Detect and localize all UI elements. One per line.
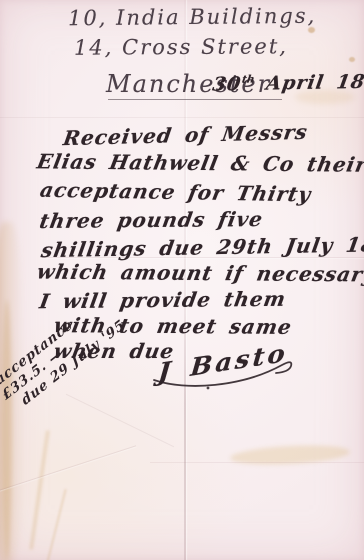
horizontal-crease bbox=[0, 117, 364, 118]
ink-showthrough-smudge bbox=[230, 443, 351, 467]
printed-date-rule bbox=[108, 99, 282, 100]
signature-flourish bbox=[150, 352, 306, 394]
handwritten-line-5: shillings due 29th July 1895 bbox=[40, 232, 364, 262]
handwritten-line-6: which amount if necessary bbox=[35, 260, 364, 287]
handwritten-line-2: Elias Hathwell & Co their bbox=[35, 149, 364, 176]
stain-streak bbox=[45, 489, 66, 560]
handwritten-date: 30th April 1895 bbox=[211, 70, 364, 95]
handwritten-line-4: three pounds five bbox=[38, 207, 265, 233]
letter-sheet: 10, India Buildings, 14, Cross Street, M… bbox=[0, 0, 364, 560]
water-stain-left-core bbox=[2, 300, 12, 560]
wrinkle-line bbox=[0, 445, 136, 495]
date-month-year: April 1895 bbox=[265, 70, 364, 94]
stain-dot-right bbox=[349, 57, 355, 62]
letterhead-address-line-2: 14, Cross Street, bbox=[74, 34, 288, 59]
wrinkle-line bbox=[66, 394, 174, 448]
stain-dot-top bbox=[308, 27, 315, 33]
stain-streak bbox=[30, 430, 50, 549]
horizontal-crease bbox=[150, 462, 364, 463]
letterhead-address-line-1: 10, India Buildings, bbox=[68, 4, 316, 31]
handwritten-line-1: Received of Messrs bbox=[62, 120, 310, 150]
handwritten-line-3: acceptance for Thirty bbox=[38, 178, 313, 207]
date-day: 30 bbox=[211, 73, 243, 95]
date-ordinal-suffix: th bbox=[241, 74, 255, 86]
